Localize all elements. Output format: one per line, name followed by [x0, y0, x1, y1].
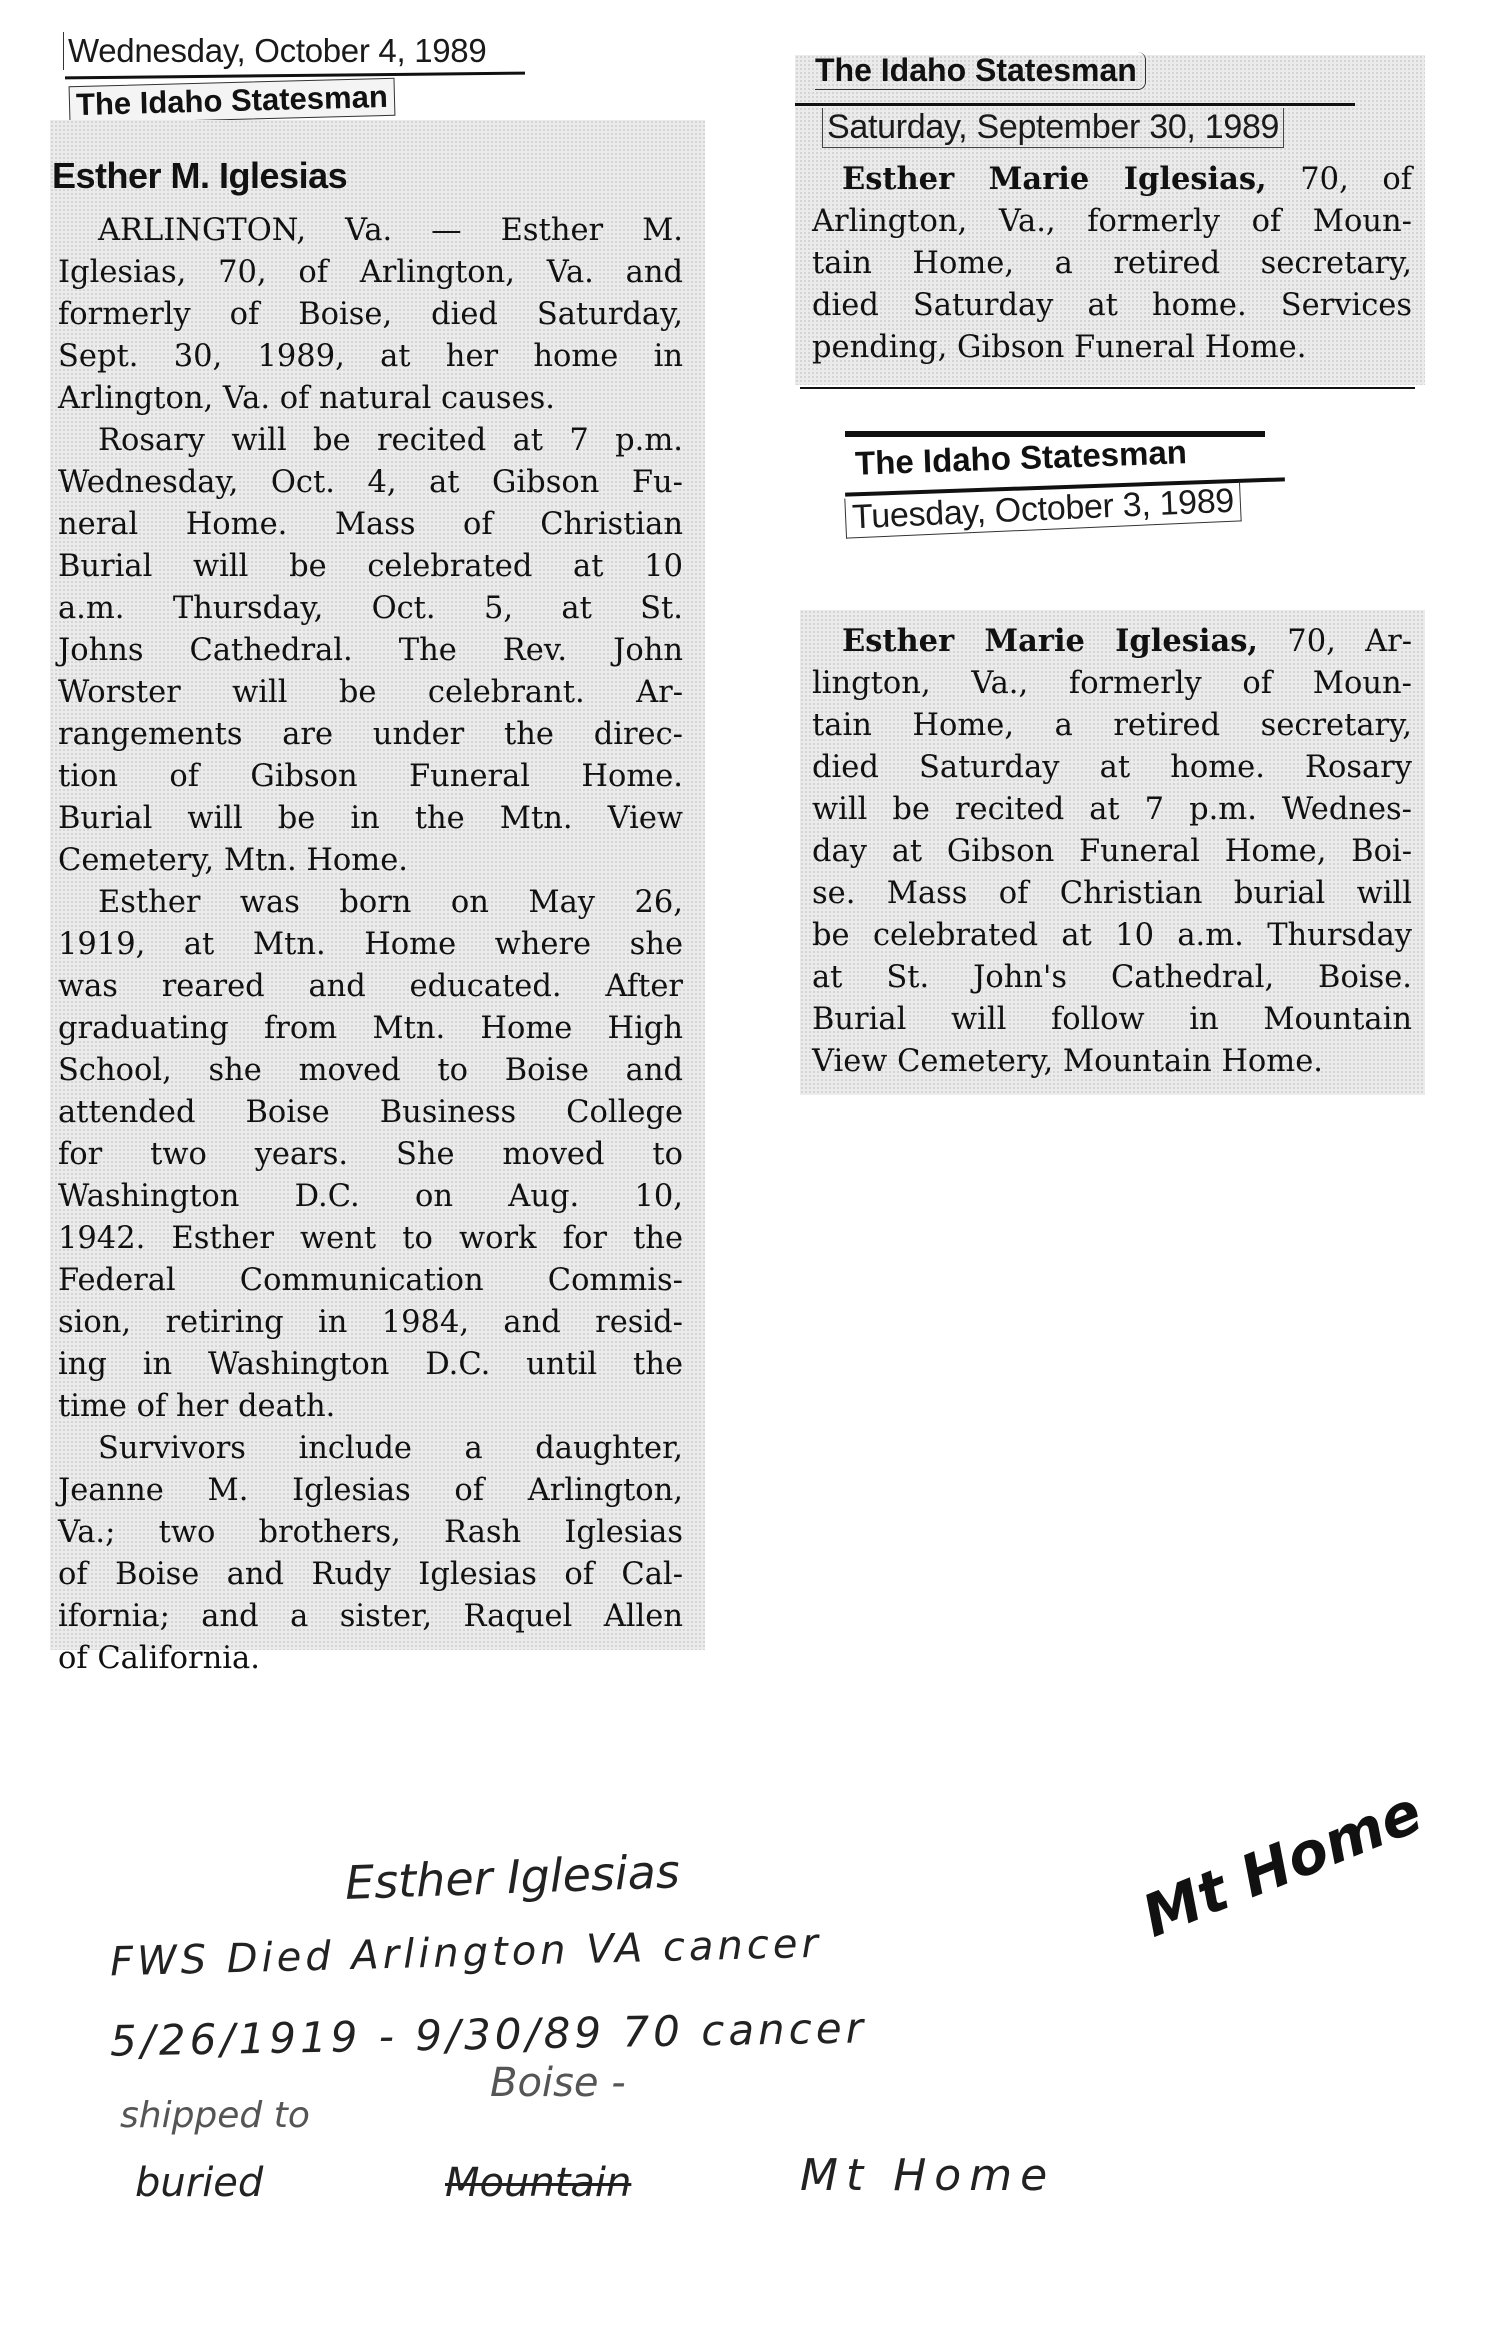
text-line: died Saturday at home. Services — [812, 285, 1412, 327]
text-line: day at Gibson Funeral Home, Boi- — [812, 831, 1412, 873]
handwritten-line-4a: buried — [135, 2160, 263, 2206]
bold-name: Esther Marie Iglesias, — [842, 623, 1258, 659]
text-line: pending, Gibson Funeral Home. — [812, 327, 1412, 369]
text-line: neral Home. Mass of Christian — [58, 504, 683, 546]
handwritten-line-4b: Mt Home — [800, 2150, 1055, 2201]
text-line: Burial will be in the Mtn. View — [58, 798, 683, 840]
handwritten-name: Esther Iglesias — [344, 1844, 680, 1910]
text-line: ARLINGTON, Va. — Esther M. — [58, 210, 683, 252]
handwritten-line-1: FWS Died Arlington VA cancer — [110, 1921, 823, 1986]
text-line: be celebrated at 10 a.m. Thursday — [812, 915, 1412, 957]
text-line: was reared and educated. After — [58, 966, 683, 1008]
handwritten-corner-note: Mt Home — [1133, 1777, 1431, 1950]
text-line: died Saturday at home. Rosary — [812, 747, 1412, 789]
text-line: Survivors include a daughter, — [58, 1428, 683, 1470]
text-line: Burial will be celebrated at 10 — [58, 546, 683, 588]
clipping-tuesday-oct-3: The Idaho Statesman Tuesday, October 3, … — [845, 405, 1345, 535]
text-line: Burial will follow in Mountain — [812, 999, 1412, 1041]
handwritten-line-2: 5/26/1919 - 9/30/89 70 cancer — [110, 2003, 868, 2065]
text-line: attended Boise Business College — [58, 1092, 683, 1134]
text-line: graduating from Mtn. Home High — [58, 1008, 683, 1050]
handwritten-line-3a: shipped to — [120, 2095, 310, 2136]
text-line: of California. — [58, 1638, 683, 1680]
text-line: ing in Washington D.C. until the — [58, 1344, 683, 1386]
handwritten-line-4-struck: Mountain — [445, 2160, 631, 2206]
text-line: Esther was born on May 26, — [58, 882, 683, 924]
newspaper-masthead-2: The Idaho Statesman — [815, 52, 1146, 90]
text-line: Washington D.C. on Aug. 10, — [58, 1176, 683, 1218]
text-line: ifornia; and a sister, Raquel Allen — [58, 1596, 683, 1638]
obituary-body-left: ARLINGTON, Va. — Esther M.Iglesias, 70, … — [58, 210, 683, 1680]
obituary-body-bottom-right: Esther Marie Iglesias, 70, Ar-lington, V… — [812, 620, 1412, 1083]
text-line: time of her death. — [58, 1386, 683, 1428]
text-line: Esther Marie Iglesias, 70, Ar- — [812, 620, 1412, 663]
text-line: Worster will be celebrant. Ar- — [58, 672, 683, 714]
text-line: 1942. Esther went to work for the — [58, 1218, 683, 1260]
text-line: of Boise and Rudy Iglesias of Cal- — [58, 1554, 683, 1596]
text-line: will be recited at 7 p.m. Wednes- — [812, 789, 1412, 831]
text-line: tion of Gibson Funeral Home. — [58, 756, 683, 798]
text-line: Wednesday, Oct. 4, at Gibson Fu- — [58, 462, 683, 504]
text-line: Federal Communication Commis- — [58, 1260, 683, 1302]
text-line: Va.; two brothers, Rash Iglesias — [58, 1512, 683, 1554]
handwritten-line-3b: Boise - — [490, 2060, 626, 2106]
text-line: Esther Marie Iglesias, 70, of — [812, 158, 1412, 201]
clipping-date: Wednesday, October 4, 1989 — [63, 32, 486, 70]
obituary-headline: Esther M. Iglesias — [52, 155, 347, 197]
text-line: Arlington, Va., formerly of Moun- — [812, 201, 1412, 243]
bold-name: Esther Marie Iglesias, — [842, 161, 1267, 197]
text-line: se. Mass of Christian burial will — [812, 873, 1412, 915]
text-line: 1919, at Mtn. Home where she — [58, 924, 683, 966]
text-line: lington, Va., formerly of Moun- — [812, 663, 1412, 705]
text-line: tain Home, a retired secretary, — [812, 243, 1412, 285]
text-line: rangements are under the direc- — [58, 714, 683, 756]
text-line: Cemetery, Mtn. Home. — [58, 840, 683, 882]
text-line: Johns Cathedral. The Rev. John — [58, 630, 683, 672]
text-line: formerly of Boise, died Saturday, — [58, 294, 683, 336]
text-line: sion, retiring in 1984, and resid- — [58, 1302, 683, 1344]
text-line: Iglesias, 70, of Arlington, Va. and — [58, 252, 683, 294]
text-line: School, she moved to Boise and — [58, 1050, 683, 1092]
obituary-body-top-right: Esther Marie Iglesias, 70, ofArlington, … — [812, 158, 1412, 369]
text-line: Arlington, Va. of natural causes. — [58, 378, 683, 420]
text-line: Sept. 30, 1989, at her home in — [58, 336, 683, 378]
newspaper-masthead: The Idaho Statesman — [69, 78, 396, 125]
newspaper-masthead-3: The Idaho Statesman — [854, 433, 1187, 483]
text-line: a.m. Thursday, Oct. 5, at St. — [58, 588, 683, 630]
text-line: Jeanne M. Iglesias of Arlington, — [58, 1470, 683, 1512]
text-line: tain Home, a retired secretary, — [812, 705, 1412, 747]
text-line: at St. John's Cathedral, Boise. — [812, 957, 1412, 999]
text-line: Rosary will be recited at 7 p.m. — [58, 420, 683, 462]
headline-text: Esther M. Iglesias — [52, 155, 347, 197]
text-line: for two years. She moved to — [58, 1134, 683, 1176]
text-line: View Cemetery, Mountain Home. — [812, 1041, 1412, 1083]
clipping-date-2: Saturday, September 30, 1989 — [822, 108, 1284, 148]
